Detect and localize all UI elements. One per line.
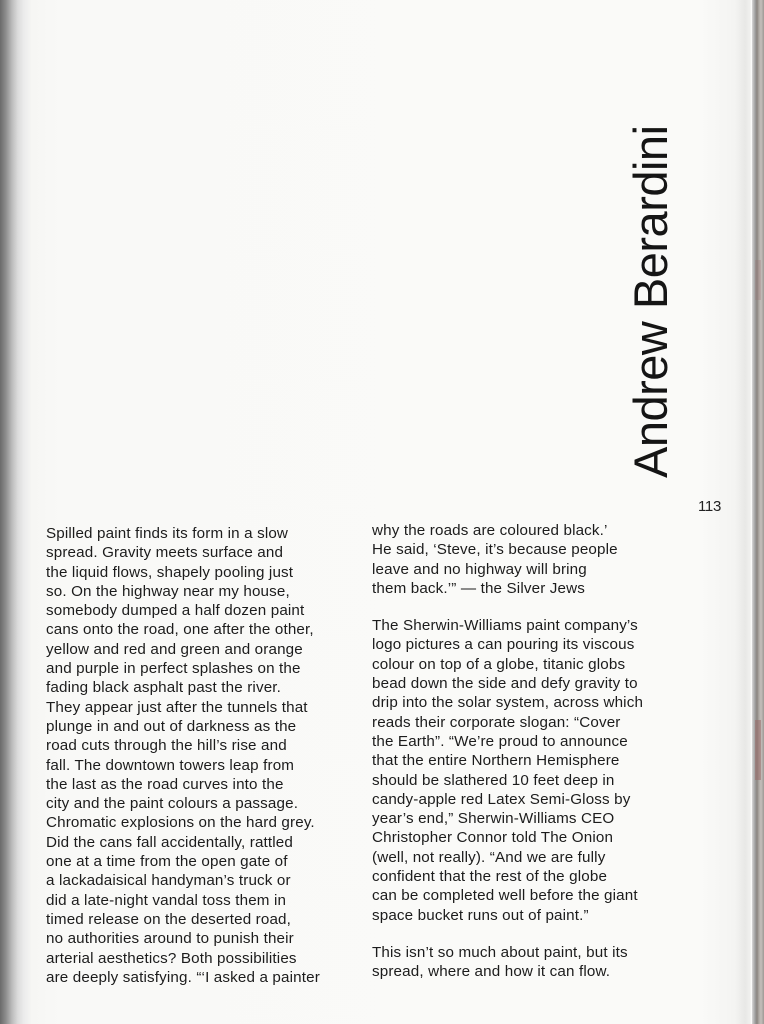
text-line: He said, ‘Steve, it’s because people [372,540,682,559]
text-line: them back.’” — the Silver Jews [372,579,682,598]
text-line: spread. Gravity meets surface and [46,543,356,562]
page-edge [752,0,764,1024]
text-line: logo pictures a can pouring its viscous [372,635,682,654]
text-line: leave and no highway will bring [372,560,682,579]
sherwin-williams-paragraph: The Sherwin-Williams paint company’s log… [372,616,682,925]
text-line: bead down the side and defy gravity to [372,674,682,693]
text-line: Spilled paint finds its form in a slow [46,524,356,543]
text-line: should be slathered 10 feet deep in [372,771,682,790]
paragraph: Spilled paint finds its form in a slow s… [46,524,356,987]
text-line: one at a time from the open gate of [46,852,356,871]
left-column: Spilled paint finds its form in a slow s… [46,524,356,987]
text-line: arterial aesthetics? Both possibilities [46,949,356,968]
text-line: fall. The downtown towers leap from [46,756,356,775]
text-line: colour on top of a globe, titanic globs [372,655,682,674]
text-line: (well, not really). “And we are fully [372,848,682,867]
text-line: can be completed well before the giant [372,886,682,905]
text-line: yellow and red and green and orange [46,640,356,659]
text-line: Christopher Connor told The Onion [372,828,682,847]
book-page: Andrew Berardini 113 Spilled paint finds… [0,0,764,1024]
page-edge-stain [755,260,761,300]
text-line: did a late-night vandal toss them in [46,891,356,910]
text-line: road cuts through the hill’s rise and [46,736,356,755]
page-number: 113 [698,498,721,515]
text-line: year’s end,” Sherwin-Williams CEO [372,809,682,828]
text-line: space bucket runs out of paint.” [372,906,682,925]
quote-paragraph: why the roads are coloured black.’ He sa… [372,521,682,598]
text-line: a lackadaisical handyman’s truck or [46,871,356,890]
text-line: are deeply satisfying. “‘I asked a paint… [46,968,356,987]
text-line: This isn’t so much about paint, but its [372,943,682,962]
text-line: candy-apple red Latex Semi-Gloss by [372,790,682,809]
text-line: so. On the highway near my house, [46,582,356,601]
text-line: the liquid flows, shapely pooling just [46,563,356,582]
text-line: Did the cans fall accidentally, rattled [46,833,356,852]
right-column: why the roads are coloured black.’ He sa… [372,521,682,982]
text-line: the last as the road curves into the [46,775,356,794]
text-line: Chromatic explosions on the hard grey. [46,813,356,832]
page-edge-stain [755,720,761,780]
text-line: reads their corporate slogan: “Cover [372,713,682,732]
text-line: fading black asphalt past the river. [46,678,356,697]
text-line: plunge in and out of darkness as the [46,717,356,736]
text-line: spread, where and how it can flow. [372,962,682,981]
text-line: why the roads are coloured black.’ [372,521,682,540]
text-line: that the entire Northern Hemisphere [372,751,682,770]
text-line: and purple in perfect splashes on the [46,659,356,678]
text-line: confident that the rest of the globe [372,867,682,886]
closing-paragraph: This isn’t so much about paint, but its … [372,943,682,982]
text-line: no authorities around to punish their [46,929,356,948]
text-line: The Sherwin-Williams paint company’s [372,616,682,635]
text-line: They appear just after the tunnels that [46,698,356,717]
text-line: city and the paint colours a passage. [46,794,356,813]
text-line: cans onto the road, one after the other, [46,620,356,639]
text-line: timed release on the deserted road, [46,910,356,929]
text-line: the Earth”. “We’re proud to announce [372,732,682,751]
author-title: Andrew Berardini [627,125,674,478]
text-line: drip into the solar system, across which [372,693,682,712]
text-line: somebody dumped a half dozen paint [46,601,356,620]
